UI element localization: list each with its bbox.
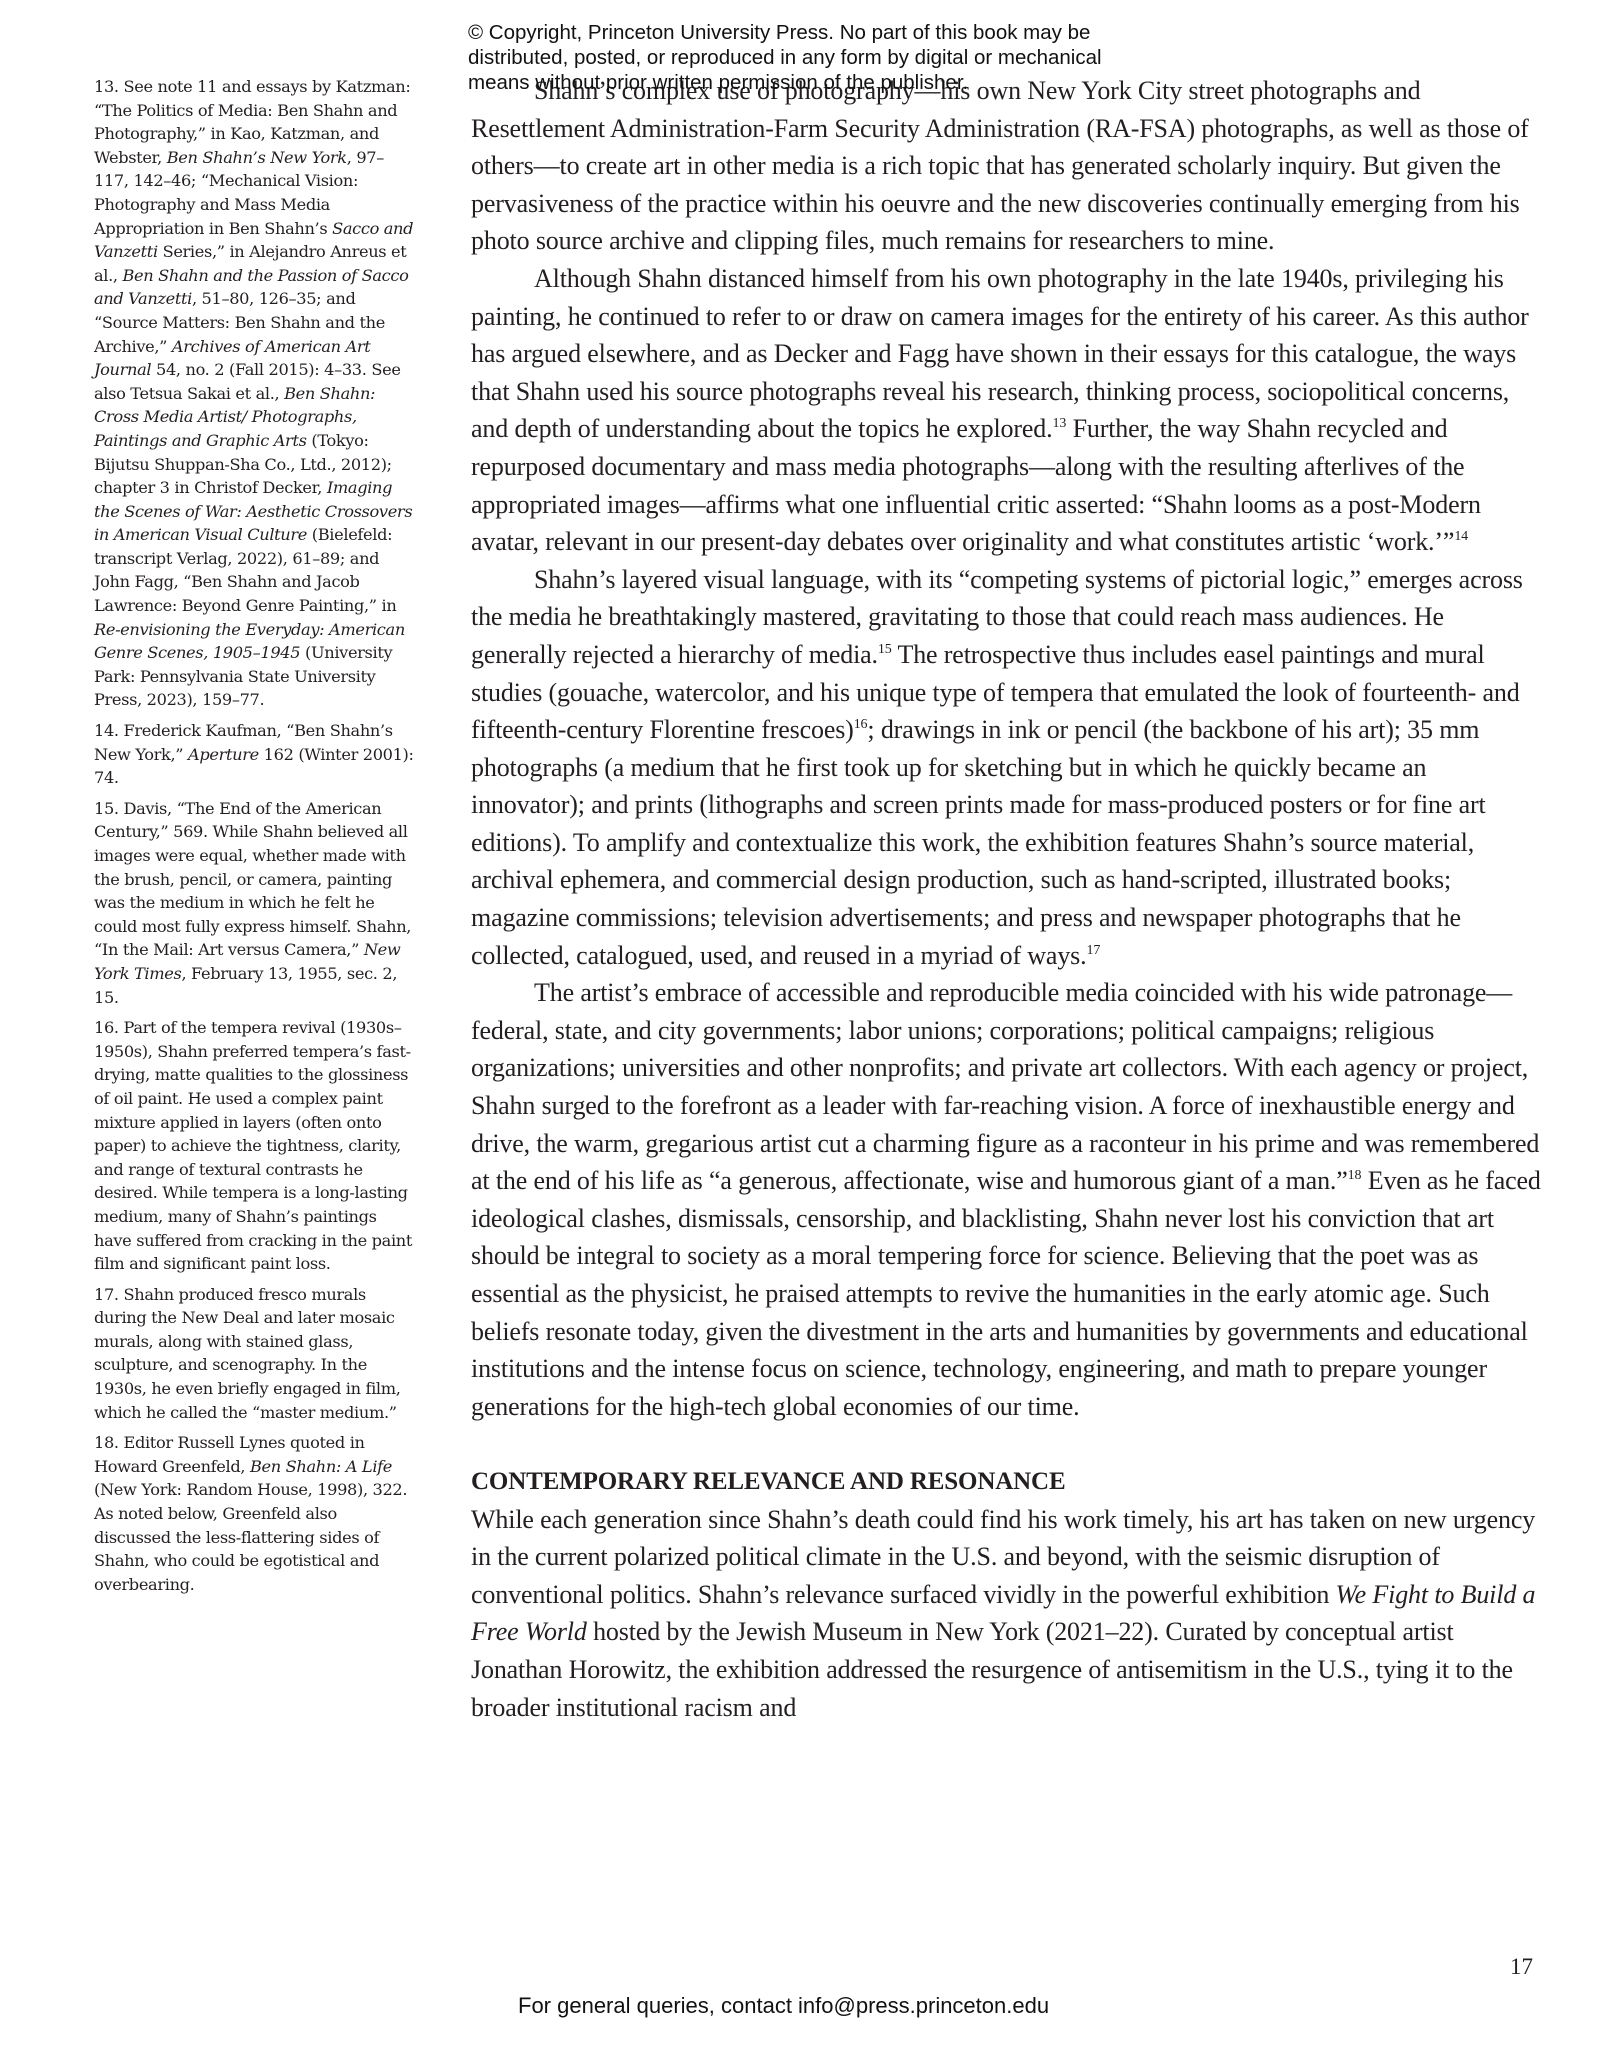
footnote-number: 18. [94, 1433, 119, 1452]
paragraph-3: Shahn’s layered visual language, with it… [471, 561, 1543, 975]
footnote-13: 13. See note 11 and essays by Katzman: “… [94, 75, 416, 712]
footnote-ref-18[interactable]: 18 [1348, 1168, 1362, 1183]
footnote-17: 17. Shahn produced fresco murals during … [94, 1283, 416, 1425]
footnote-ref-15[interactable]: 15 [878, 642, 892, 657]
footnote-15: 15. Davis, “The End of the American Cent… [94, 797, 416, 1009]
body-text: Shahn’s complex use of photography—his o… [471, 72, 1543, 1726]
footnote-ref-16[interactable]: 16 [854, 717, 868, 732]
paragraph-1: Shahn’s complex use of photography—his o… [471, 72, 1543, 260]
footnote-18: 18. Editor Russell Lynes quoted in Howar… [94, 1431, 416, 1596]
paragraph-4: The artist’s embrace of accessible and r… [471, 974, 1543, 1425]
section-spacer [471, 1425, 1543, 1463]
footnote-ref-17[interactable]: 17 [1087, 943, 1101, 958]
footnote-number: 17. [94, 1285, 119, 1304]
footnote-14: 14. Frederick Kaufman, “Ben Shahn’s New … [94, 719, 416, 790]
footnote-number: 16. [94, 1018, 119, 1037]
copyright-watermark: © Copyright, Princeton University Press.… [468, 20, 1188, 95]
section-heading: CONTEMPORARY RELEVANCE AND RESONANCE [471, 1463, 1543, 1501]
footnotes-column: 13. See note 11 and essays by Katzman: “… [94, 75, 416, 1603]
paragraph-2: Although Shahn distanced himself from hi… [471, 260, 1543, 561]
footnote-ref-13[interactable]: 13 [1053, 417, 1067, 432]
footnote-ref-14[interactable]: 14 [1454, 529, 1468, 544]
watermark-line-2: distributed, posted, or reproduced in an… [468, 45, 1188, 70]
footnote-number: 15. [94, 799, 119, 818]
footnote-number: 13. [94, 77, 119, 96]
watermark-line-3: means without prior written permission o… [468, 70, 1188, 95]
paragraph-5: While each generation since Shahn’s deat… [471, 1501, 1543, 1727]
watermark-line-1: © Copyright, Princeton University Press.… [468, 20, 1188, 45]
footnote-16: 16. Part of the tempera revival (1930s–1… [94, 1016, 416, 1276]
contact-footer: For general queries, contact info@press.… [518, 1993, 1049, 2019]
footnote-number: 14. [94, 721, 119, 740]
page-number: 17 [1510, 1954, 1533, 1980]
